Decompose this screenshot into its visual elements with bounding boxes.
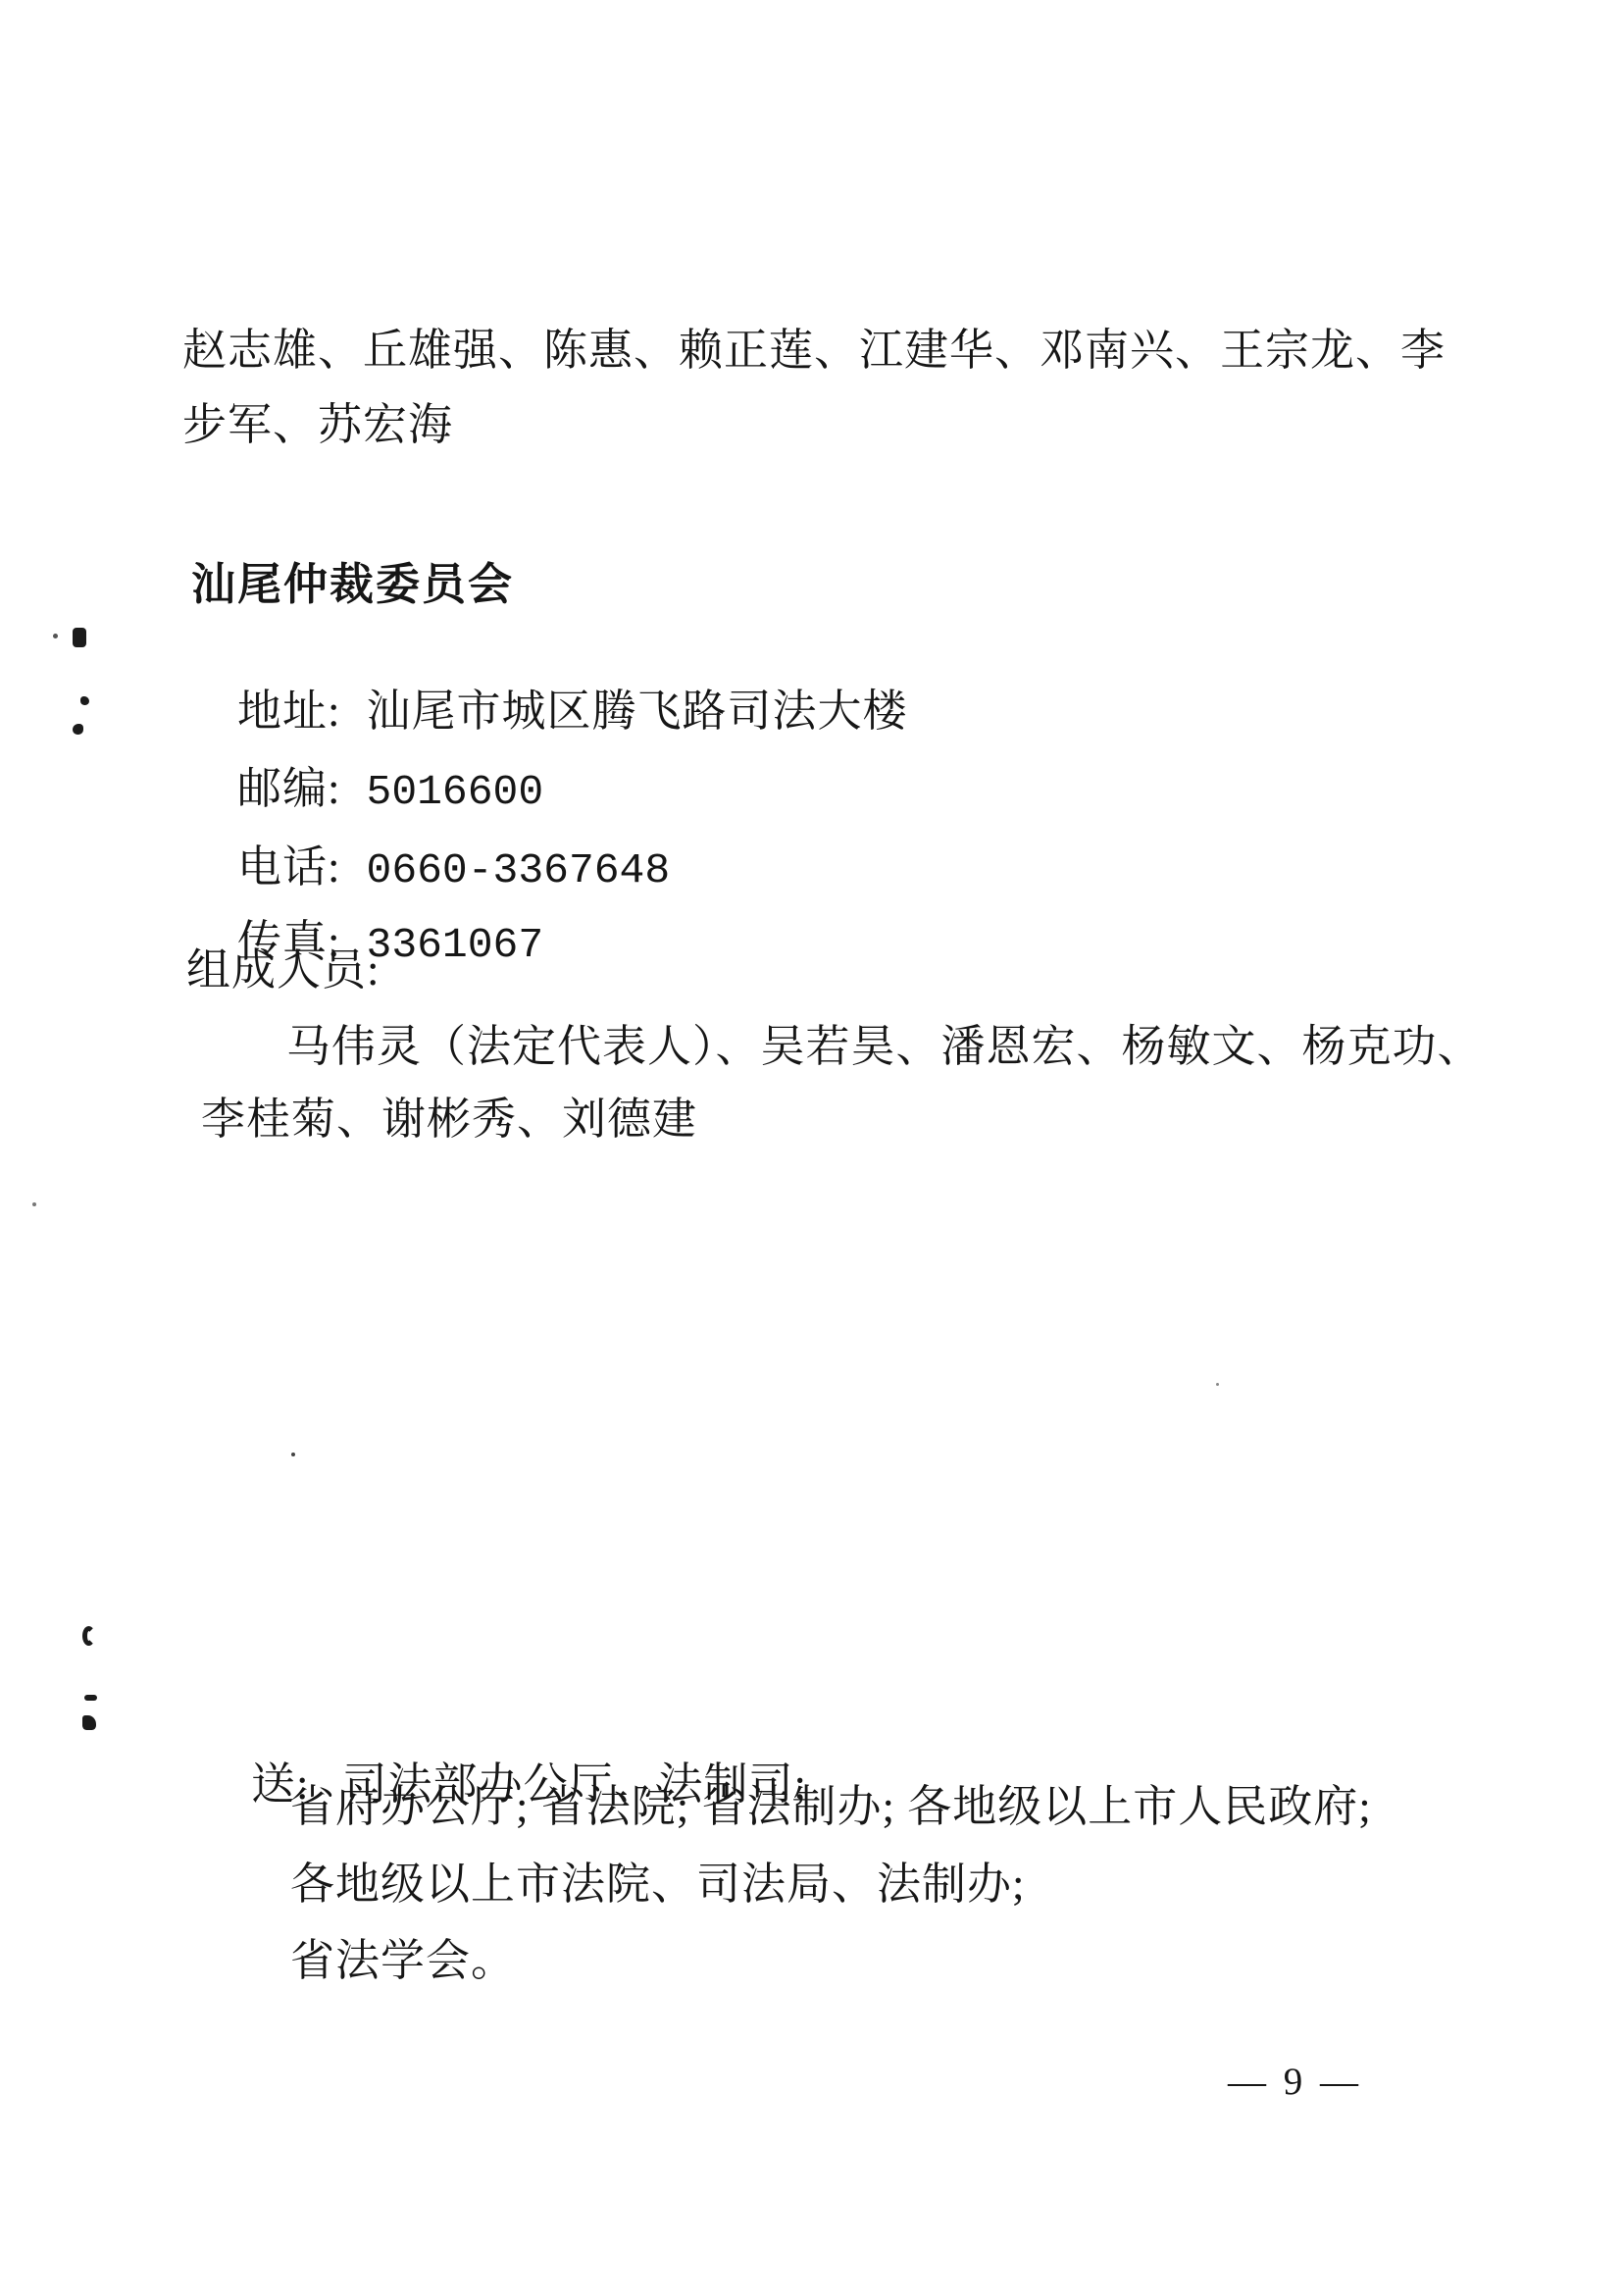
scan-artifact xyxy=(82,1715,96,1730)
members-names-line-2: 李桂菊、谢彬秀、刘德建 xyxy=(201,1095,697,1144)
scan-artifact xyxy=(32,1202,36,1206)
document-page: 赵志雄、丘雄强、陈惠、赖正莲、江建华、邓南兴、王宗龙、李 步军、苏宏海 汕尾仲裁… xyxy=(0,0,1624,2295)
fax-line: 传真:3361067 xyxy=(189,868,543,1019)
fax-value: 3361067 xyxy=(367,922,544,969)
distribution-line-4: 省法学会。 xyxy=(290,1936,516,1985)
members-names-line-1: 马伟灵（法定代表人）、吴若昊、潘恩宏、杨敏文、杨克功、 xyxy=(286,1022,1483,1071)
arbitrators-names-line-1: 赵志雄、丘雄强、陈惠、赖正莲、江建华、邓南兴、王宗龙、李 xyxy=(182,326,1446,375)
scan-artifact xyxy=(73,724,83,735)
scan-artifact xyxy=(1216,1383,1219,1386)
arbitrators-names-line-2: 步军、苏宏海 xyxy=(182,400,453,449)
scan-artifact xyxy=(53,634,58,638)
members-label: 组成人员: xyxy=(186,945,381,994)
commission-title: 汕尾仲裁委员会 xyxy=(191,560,514,609)
scan-artifact xyxy=(80,696,89,705)
scan-artifact xyxy=(82,1626,95,1646)
scan-artifact xyxy=(84,1695,97,1701)
scan-artifact xyxy=(73,628,86,647)
page-number: — 9 — xyxy=(1228,2060,1362,2104)
distribution-line-2: 省府办公厅; 省法院; 省法制办; 各地级以上市人民政府; xyxy=(290,1782,1372,1831)
scan-artifact xyxy=(291,1453,295,1456)
distribution-line-3: 各地级以上市法院、司法局、法制办; xyxy=(290,1860,1026,1909)
